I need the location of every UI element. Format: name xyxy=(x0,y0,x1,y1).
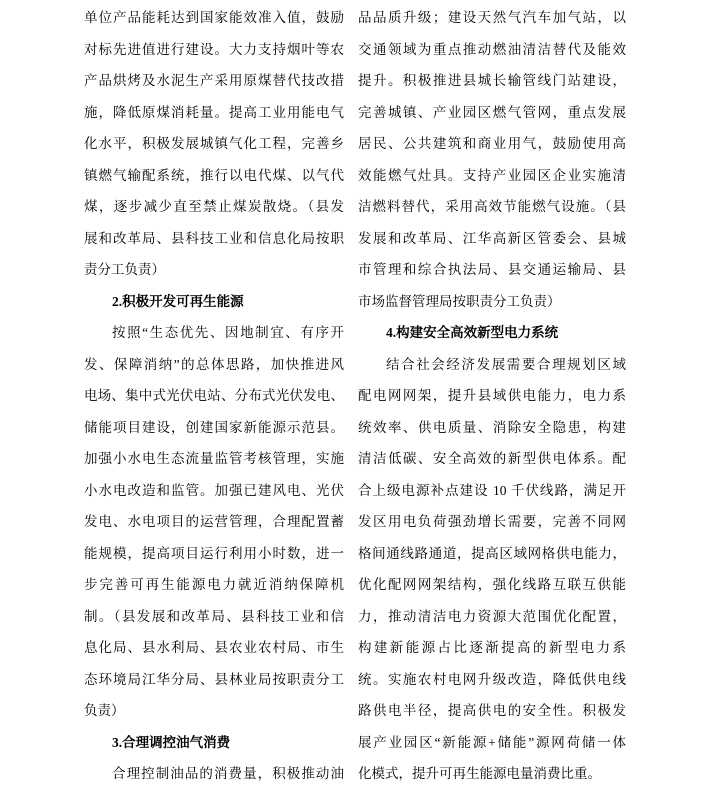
paragraph-line: 步完善可再生能源电力就近消纳保障机 xyxy=(84,569,344,601)
paragraph-line: 产品烘烤及水泥生产采用原煤替代技改措 xyxy=(84,65,344,97)
paragraph-line: 储能项目建设，创建国家新能源示范县。 xyxy=(84,412,344,444)
paragraph-line: 居民、公共建筑和商业用气，鼓励使用高 xyxy=(358,128,626,160)
paragraph-line: 市管理和综合执法局、县交通运输局、县 xyxy=(358,254,626,286)
paragraph-line: 路供电半径，提高供电的安全性。积极发 xyxy=(358,695,626,727)
paragraph-line: 化模式，提升可再生能源电量消费比重。 xyxy=(358,758,626,788)
paragraph-line: 构建新能源占比逐渐提高的新型电力系 xyxy=(358,632,626,664)
paragraph-line: 完善城镇、产业园区燃气管网，重点发展 xyxy=(358,97,626,129)
paragraph-line: 交通领域为重点推动燃油清洁替代及能效 xyxy=(358,34,626,66)
paragraph-line: 结合社会经济发展需要合理规划区域 xyxy=(358,349,626,381)
paragraph-line: 发电、水电项目的运营管理，合理配置蓄 xyxy=(84,506,344,538)
paragraph-line: 单位产品能耗达到国家能效准入值，鼓励 xyxy=(84,2,344,34)
paragraph-line: 小水电改造和监管。加强已建风电、光伏 xyxy=(84,475,344,507)
paragraph-line: 责分工负责） xyxy=(84,254,344,286)
paragraph-line: 按照“生态优先、因地制宜、有序开 xyxy=(84,317,344,349)
paragraph-line: 统效率、供电质量、消除安全隐患，构建 xyxy=(358,412,626,444)
paragraph-line: 制。（县发展和改革局、县科技工业和信 xyxy=(84,601,344,633)
paragraph-line: 加强小水电生态流量监管考核管理，实施 xyxy=(84,443,344,475)
text-column-right: 品品质升级；建设天然气汽车加气站，以交通领域为重点推动燃油清洁替代及能效提升。积… xyxy=(358,2,626,788)
paragraph-line: 洁燃料替代，采用高效节能燃气设施。（县 xyxy=(358,191,626,223)
paragraph-line: 化水平，积极发展城镇气化工程，完善乡 xyxy=(84,128,344,160)
paragraph-line: 格间通线路通道，提高区域网格供电能力， xyxy=(358,538,626,570)
paragraph-line: 清洁低碳、安全高效的新型供电体系。配 xyxy=(358,443,626,475)
paragraph-line: 优化配网网架结构，强化线路互联互供能 xyxy=(358,569,626,601)
paragraph-line: 煤，逐步减少直至禁止煤炭散烧。（县发 xyxy=(84,191,344,223)
paragraph-line: 息化局、县水利局、县农业农村局、市生 xyxy=(84,632,344,664)
text-column-left: 单位产品能耗达到国家能效准入值，鼓励对标先进值进行建设。大力支持烟叶等农产品烘烤… xyxy=(84,2,344,788)
paragraph-line: 发展和改革局、江华高新区管委会、县城 xyxy=(358,223,626,255)
paragraph-line: 合理控制油品的消费量，积极推动油 xyxy=(84,758,344,788)
section-heading: 3.合理调控油气消费 xyxy=(84,727,344,759)
paragraph-line: 力，推动清洁电力资源大范围优化配置， xyxy=(358,601,626,633)
paragraph-line: 电场、集中式光伏电站、分布式光伏发电、 xyxy=(84,380,344,412)
paragraph-line: 统。实施农村电网升级改造，降低供电线 xyxy=(358,664,626,696)
paragraph-line: 镇燃气输配系统，推行以电代煤、以气代 xyxy=(84,160,344,192)
paragraph-line: 施，降低原煤消耗量。提高工业用能电气 xyxy=(84,97,344,129)
section-heading: 2.积极开发可再生能源 xyxy=(84,286,344,318)
paragraph-line: 提升。积极推进县城长输管线门站建设， xyxy=(358,65,626,97)
paragraph-line: 展产业园区“新能源+储能”源网荷储一体 xyxy=(358,727,626,759)
paragraph-line: 发区用电负荷强劲增长需要，完善不同网 xyxy=(358,506,626,538)
paragraph-line: 配电网网架，提升县域供电能力，电力系 xyxy=(358,380,626,412)
paragraph-line: 品品质升级；建设天然气汽车加气站，以 xyxy=(358,2,626,34)
paragraph-line: 负责） xyxy=(84,695,344,727)
paragraph-line: 合上级电源补点建设 10 千伏线路，满足开 xyxy=(358,475,626,507)
paragraph-line: 市场监督管理局按职责分工负责） xyxy=(358,286,626,318)
paragraph-line: 态环境局江华分局、县林业局按职责分工 xyxy=(84,664,344,696)
paragraph-line: 效能燃气灶具。支持产业园区企业实施清 xyxy=(358,160,626,192)
document-page: 单位产品能耗达到国家能效准入值，鼓励对标先进值进行建设。大力支持烟叶等农产品烘烤… xyxy=(0,0,702,788)
paragraph-line: 对标先进值进行建设。大力支持烟叶等农 xyxy=(84,34,344,66)
paragraph-line: 能规模，提高项目运行利用小时数，进一 xyxy=(84,538,344,570)
paragraph-line: 展和改革局、县科技工业和信息化局按职 xyxy=(84,223,344,255)
section-heading: 4.构建安全高效新型电力系统 xyxy=(358,317,626,349)
paragraph-line: 发、保障消纳”的总体思路，加快推进风 xyxy=(84,349,344,381)
